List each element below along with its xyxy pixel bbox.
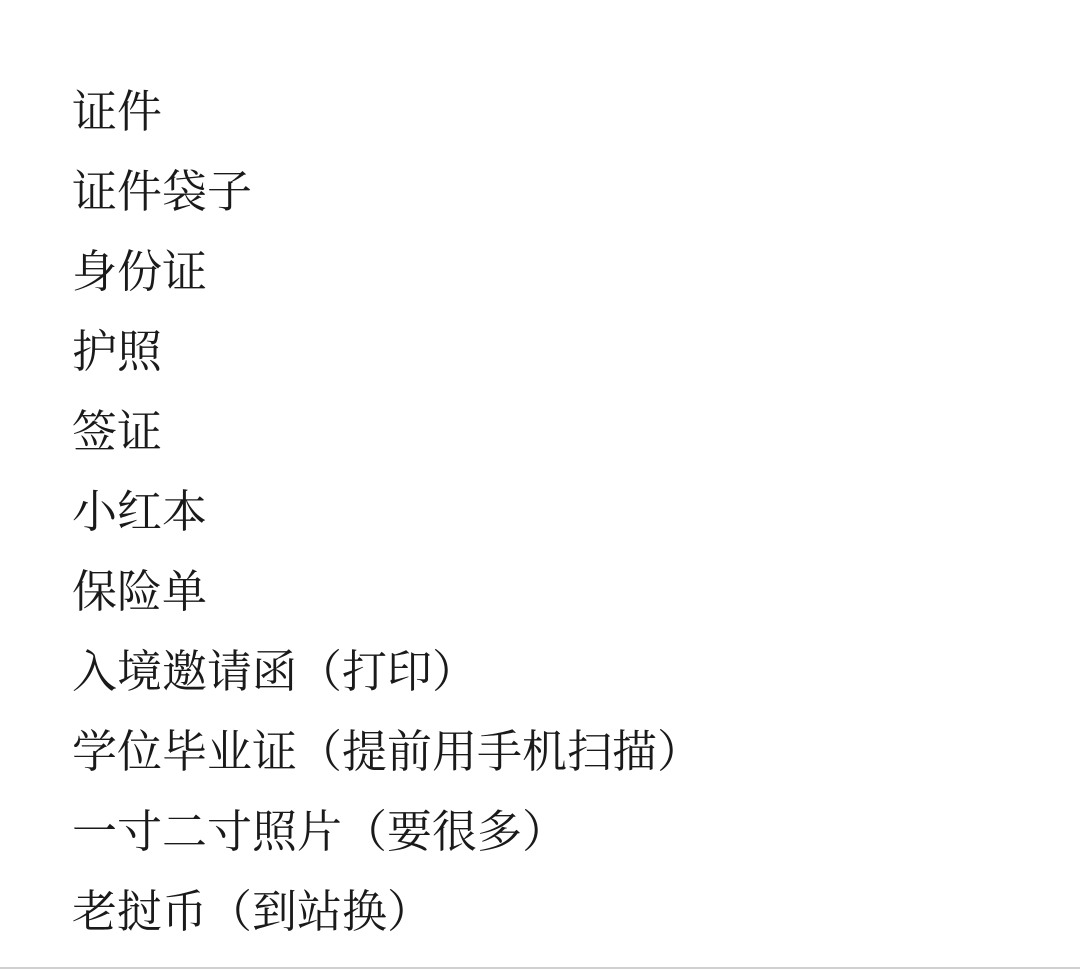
list-item: 护照 <box>72 312 1040 392</box>
list-item: 签证 <box>72 392 1040 472</box>
list-item: 一寸二寸照片（要很多） <box>72 792 1040 872</box>
list-item: 老挝币（到站换） <box>72 872 1040 952</box>
checklist-document: 证件 证件袋子 身份证 护照 签证 小红本 保险单 入境邀请函（打印） 学位毕业… <box>72 72 1040 952</box>
list-item: 身份证 <box>72 232 1040 312</box>
list-item: 小红本 <box>72 472 1040 552</box>
list-item: 保险单 <box>72 552 1040 632</box>
list-item: 入境邀请函（打印） <box>72 632 1040 712</box>
list-item: 证件 <box>72 72 1040 152</box>
list-item: 证件袋子 <box>72 152 1040 232</box>
list-item: 学位毕业证（提前用手机扫描） <box>72 712 1040 792</box>
